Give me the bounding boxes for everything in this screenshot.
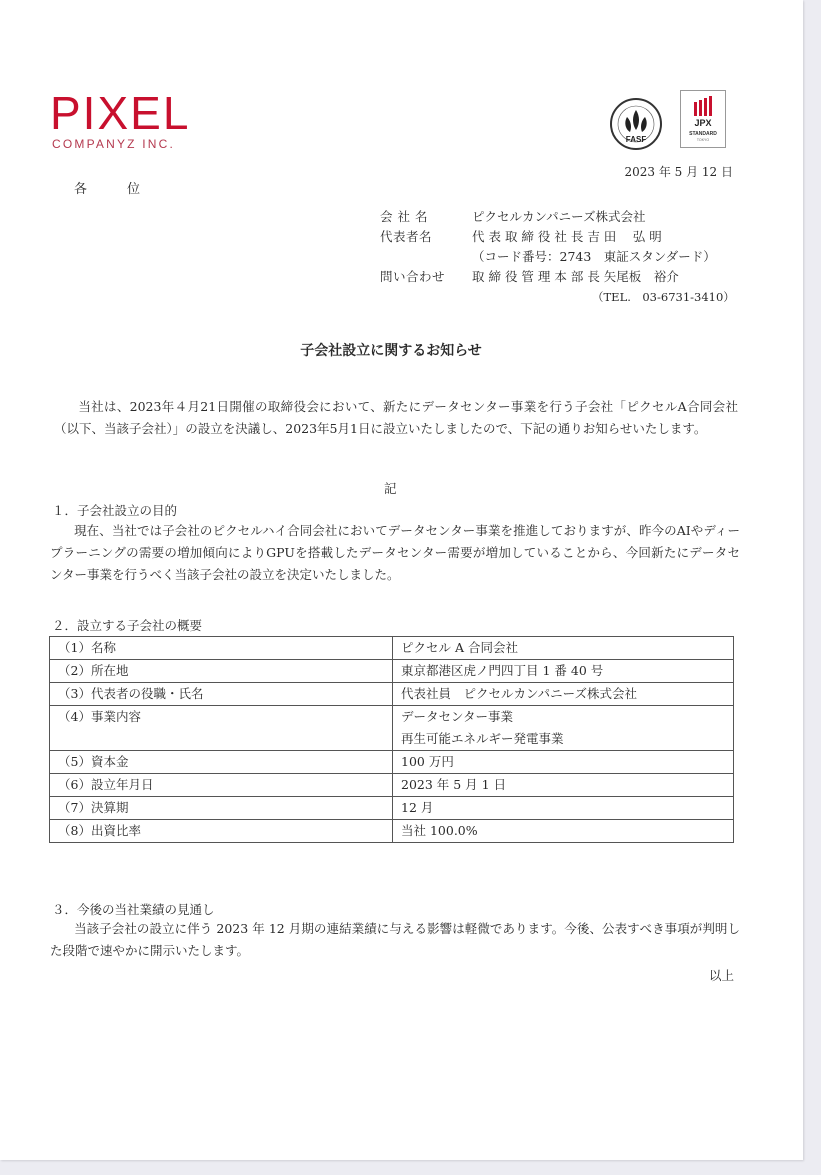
rep-value: 代 表 取 締 役 社 長 吉 田 弘 明 [472,227,662,247]
jpx-bars-icon [693,96,715,116]
table-row: （2）所在地 東京都港区虎ノ門四丁目 1 番 40 号 [50,660,734,683]
jpx-market-label: STANDARD [681,131,725,137]
table-row: （5）資本金 100 万円 [50,751,734,774]
company-value: ピクセルカンパニーズ株式会社 [472,207,646,227]
fasf-badge-icon: FASF [610,98,662,150]
row-label: （6）設立年月日 [50,774,393,797]
section3-heading: ３．今後の当社業績の見通し [52,900,215,918]
table-row: （1）名称 ピクセル A 合同会社 [50,637,734,660]
table-row: （4）事業内容 データセンター事業 再生可能エネルギー発電事業 [50,706,734,751]
addressee: 各位 [74,178,180,197]
row-value-line: データセンター事業 [401,706,725,728]
contact-tel: （TEL. 03-6731-3410） [380,287,735,307]
table-row: （6）設立年月日 2023 年 5 月 1 日 [50,774,734,797]
row-value-line: 再生可能エネルギー発電事業 [401,728,725,750]
row-label: （5）資本金 [50,751,393,774]
table-row: （8）出資比率 当社 100.0% [50,820,734,843]
row-value: 当社 100.0% [393,820,734,843]
company-label: 会 社 名 [380,207,472,227]
issuer-block: 会 社 名 ピクセルカンパニーズ株式会社 代表者名 代 表 取 締 役 社 長 … [380,207,735,307]
company-logo: PIXEL [50,90,190,136]
row-label: （3）代表者の役職・氏名 [50,683,393,706]
section1-paragraph: 現在、当社では子会社のピクセルハイ合同会社においてデータセンター事業を推進してお… [50,520,740,586]
intro-paragraph: 当社は、2023年４月21日開催の取締役会において、新たにデータセンター事業を行… [54,396,738,440]
stock-code: （コード番号：2743 東証スタンダード） [380,247,735,267]
row-value: 12 月 [393,797,734,820]
jpx-city-label: TOKYO [681,138,725,142]
table-row: （3）代表者の役職・氏名 代表社員 ピクセルカンパニーズ株式会社 [50,683,734,706]
row-value: 代表社員 ピクセルカンパニーズ株式会社 [393,683,734,706]
row-label: （7）決算期 [50,797,393,820]
row-label: （1）名称 [50,637,393,660]
row-label: （8）出資比率 [50,820,393,843]
row-value: ピクセル A 合同会社 [393,637,734,660]
rep-label: 代表者名 [380,227,472,247]
closing-mark: 以上 [709,966,734,984]
table-row: （7）決算期 12 月 [50,797,734,820]
row-label: （2）所在地 [50,660,393,683]
section3-paragraph: 当該子会社の設立に伴う 2023 年 12 月期の連結業績に与える影響は軽微であ… [50,918,740,962]
row-value: データセンター事業 再生可能エネルギー発電事業 [393,706,734,751]
section2-heading: ２．設立する子会社の概要 [52,616,202,634]
svg-text:FASF: FASF [626,135,647,144]
jpx-label: JPX [681,118,725,128]
section1-heading: １．子会社設立の目的 [52,501,177,519]
jpx-standard-badge: JPX STANDARD TOKYO [680,90,726,148]
issuer-company-row: 会 社 名 ピクセルカンパニーズ株式会社 [380,207,735,227]
contact-label: 問い合わせ [380,267,472,287]
contact-value: 取 締 役 管 理 本 部 長 矢尾板 裕介 [472,267,679,287]
row-value: 2023 年 5 月 1 日 [393,774,734,797]
row-label: （4）事業内容 [50,706,393,751]
release-date: 2023 年 5 月 12 日 [624,163,733,180]
document-page: PIXEL COMPANYZ INC. FASF JPX STANDARD TO… [0,0,803,1160]
row-value: 東京都港区虎ノ門四丁目 1 番 40 号 [393,660,734,683]
subsidiary-overview-table: （1）名称 ピクセル A 合同会社 （2）所在地 東京都港区虎ノ門四丁目 1 番… [49,636,734,843]
issuer-contact-row: 問い合わせ 取 締 役 管 理 本 部 長 矢尾板 裕介 [380,267,735,287]
intro-text: 当社は、2023年４月21日開催の取締役会において、新たにデータセンター事業を行… [54,399,738,436]
company-logo-subtitle: COMPANYZ INC. [52,137,175,151]
document-title: 子会社設立に関するお知らせ [0,340,782,360]
issuer-rep-row: 代表者名 代 表 取 締 役 社 長 吉 田 弘 明 [380,227,735,247]
ki-marker: 記 [384,479,397,497]
section1-text: 現在、当社では子会社のピクセルハイ合同会社においてデータセンター事業を推進してお… [50,523,740,582]
section3-text: 当該子会社の設立に伴う 2023 年 12 月期の連結業績に与える影響は軽微であ… [50,921,740,958]
row-value: 100 万円 [393,751,734,774]
